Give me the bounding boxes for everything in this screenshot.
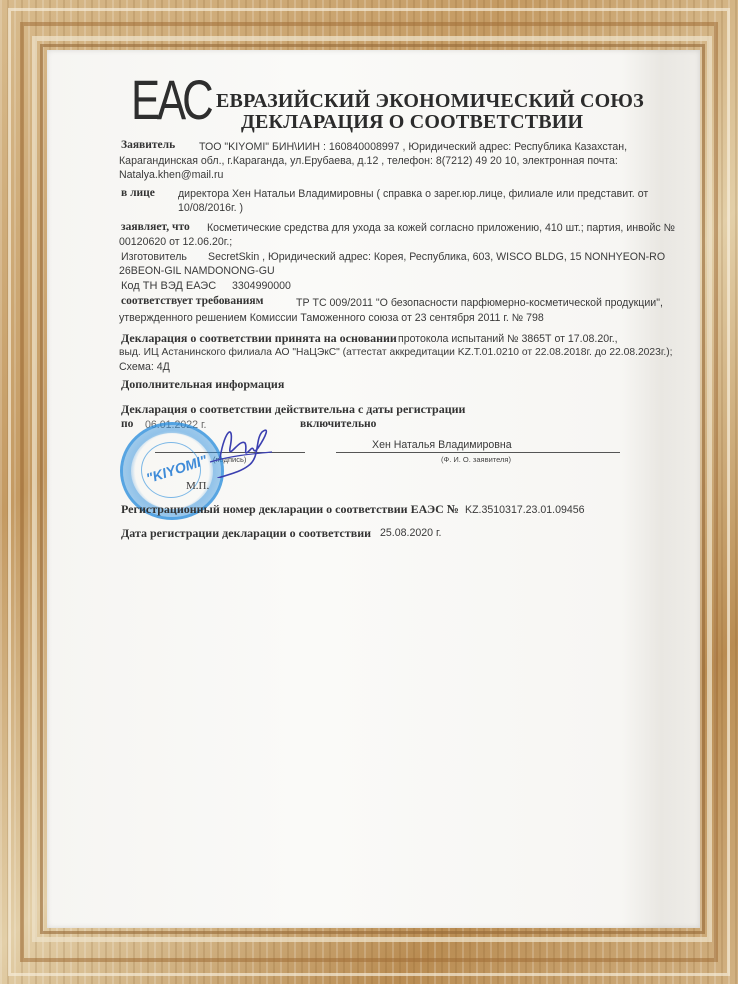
applicant-line2: Карагандинская обл., г.Караганда, ул.Еру… — [119, 155, 618, 167]
applicant-name: Хен Наталья Владимировна — [372, 439, 512, 451]
basis-line1: протокола испытаний № 3865Т от 17.08.20г… — [398, 333, 618, 345]
manufacturer-line2: 26BEON-GIL NAMDONONG-GU — [119, 265, 275, 277]
basis-scheme: Схема: 4Д — [119, 361, 170, 373]
basis-label: Декларация о соответствии принята на осн… — [121, 331, 397, 346]
applicant-label: Заявитель — [121, 139, 175, 151]
represented-by-line2: 10/08/2016г. ) — [178, 202, 243, 214]
declares-line1: Косметические средства для ухода за коже… — [207, 222, 675, 234]
tn-ved-label: Код ТН ВЭД ЕАЭС — [121, 280, 216, 292]
signature-scribble — [200, 418, 280, 478]
registration-number-label: Регистрационный номер декларации о соотв… — [121, 502, 459, 517]
applicant-line1: ТОО "KIYOMI" БИН\ИИН : 160840008997 , Юр… — [199, 141, 627, 153]
validity-inclusive: включительно — [300, 418, 376, 430]
validity-until-label: по — [121, 418, 133, 430]
conforms-line2: утвержденного решением Комиссии Таможенн… — [119, 312, 544, 324]
header-title-declaration: ДЕКЛАРАЦИЯ О СООТВЕТСТВИИ — [241, 111, 583, 134]
manufacturer-label: Изготовитель — [121, 251, 187, 263]
name-caption: (Ф. И. О. заявителя) — [441, 455, 511, 464]
eac-logo: ЕАС — [131, 72, 210, 128]
conforms-line1: ТР ТС 009/2011 "О безопасности парфюмерн… — [296, 297, 663, 309]
basis-line2: выд. ИЦ Астанинского филиала АО "НаЦЭкС"… — [119, 347, 673, 358]
registration-number: KZ.3510317.23.01.09456 — [465, 504, 585, 516]
manufacturer-line1: SecretSkin , Юридический адрес: Корея, Р… — [208, 251, 665, 263]
seal-label: М.П. — [186, 480, 209, 492]
registration-date-label: Дата регистрации декларации о соответств… — [121, 526, 371, 541]
declares-label: заявляет, что — [121, 221, 190, 233]
applicant-email: Natalya.khen@mail.ru — [119, 169, 223, 181]
tn-ved-code: 3304990000 — [232, 280, 291, 292]
additional-info-label: Дополнительная информация — [121, 377, 284, 392]
represented-by-line1: директора Хен Натальи Владимировны ( спр… — [178, 188, 648, 200]
header-title-union: ЕВРАЗИЙСКИЙ ЭКОНОМИЧЕСКИЙ СОЮЗ — [216, 90, 644, 113]
validity-label: Декларация о соответствии действительна … — [121, 402, 465, 417]
name-line — [336, 452, 620, 453]
declaration-document: ЕАС ЕВРАЗИЙСКИЙ ЭКОНОМИЧЕСКИЙ СОЮЗ ДЕКЛА… — [0, 0, 738, 984]
conforms-label: соответствует требованиям — [121, 295, 263, 307]
represented-by-label: в лице — [121, 187, 155, 199]
registration-date: 25.08.2020 г. — [380, 527, 441, 539]
declares-line2: 00120620 от 12.06.20г.; — [119, 236, 232, 248]
